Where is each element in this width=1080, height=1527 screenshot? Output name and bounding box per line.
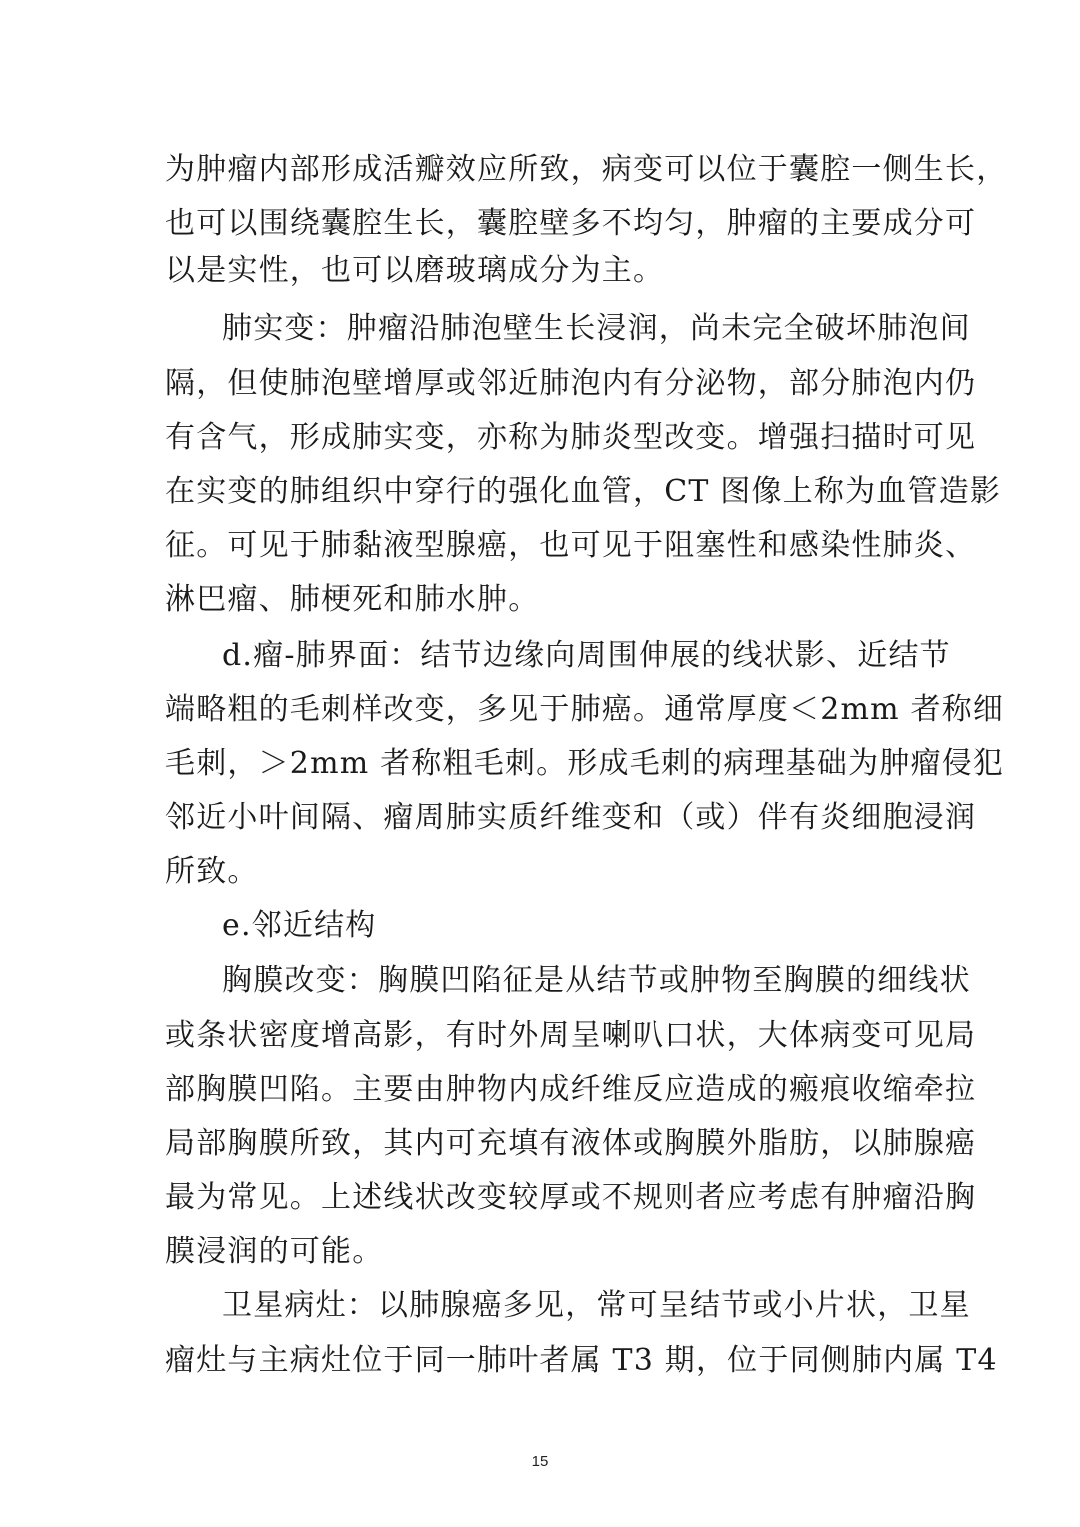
text-line: 胸膜改变：胸膜凹陷征是从结节或肿物至胸膜的细线状 xyxy=(222,961,935,1001)
text-line: 毛刺，＞2mm 者称粗毛刺。形成毛刺的病理基础为肿瘤侵犯 xyxy=(165,744,935,784)
text-line: 瘤灶与主病灶位于同一肺叶者属 T3 期，位于同侧肺内属 T4 xyxy=(165,1341,935,1381)
text-line: 部胸膜凹陷。主要由肿物内成纤维反应造成的瘢痕收缩牵拉 xyxy=(165,1070,935,1110)
text-line: 以是实性，也可以磨玻璃成分为主。 xyxy=(165,251,935,291)
text-line: 隔，但使肺泡壁增厚或邻近肺泡内有分泌物，部分肺泡内仍 xyxy=(165,364,935,404)
text-line: 最为常见。上述线状改变较厚或不规则者应考虑有肿瘤沿胸 xyxy=(165,1178,935,1218)
text-line: 或条状密度增高影，有时外周呈喇叭口状，大体病变可见局 xyxy=(165,1016,935,1056)
text-line: 在实变的肺组织中穿行的强化血管，CT 图像上称为血管造影 xyxy=(165,472,935,512)
section-heading: e.邻近结构 xyxy=(222,906,935,946)
text-line: 肺实变：肿瘤沿肺泡壁生长浸润，尚未完全破坏肺泡间 xyxy=(222,309,935,349)
text-line: 有含气，形成肺实变，亦称为肺炎型改变。增强扫描时可见 xyxy=(165,418,935,458)
text-line: 卫星病灶：以肺腺癌多见，常可呈结节或小片状，卫星 xyxy=(222,1286,935,1326)
text-line: 也可以围绕囊腔生长，囊腔壁多不均匀，肿瘤的主要成分可 xyxy=(165,204,935,244)
page-number: 15 xyxy=(0,1453,1080,1470)
text-line: 局部胸膜所致，其内可充填有液体或胸膜外脂肪，以肺腺癌 xyxy=(165,1124,935,1164)
text-line: 端略粗的毛刺样改变，多见于肺癌。通常厚度＜2mm 者称细 xyxy=(165,690,935,730)
document-page: 为肿瘤内部形成活瓣效应所致，病变可以位于囊腔一侧生长， 也可以围绕囊腔生长，囊腔… xyxy=(0,0,1080,1527)
text-line: 所致。 xyxy=(165,852,935,892)
text-line: d.瘤-肺界面：结节边缘向周围伸展的线状影、近结节 xyxy=(222,636,935,676)
text-line: 为肿瘤内部形成活瓣效应所致，病变可以位于囊腔一侧生长， xyxy=(165,150,935,190)
text-line: 征。可见于肺黏液型腺癌，也可见于阻塞性和感染性肺炎、 xyxy=(165,526,935,566)
text-line: 邻近小叶间隔、瘤周肺实质纤维变和（或）伴有炎细胞浸润 xyxy=(165,798,935,838)
text-line: 淋巴瘤、肺梗死和肺水肿。 xyxy=(165,580,935,620)
text-line: 膜浸润的可能。 xyxy=(165,1232,935,1272)
